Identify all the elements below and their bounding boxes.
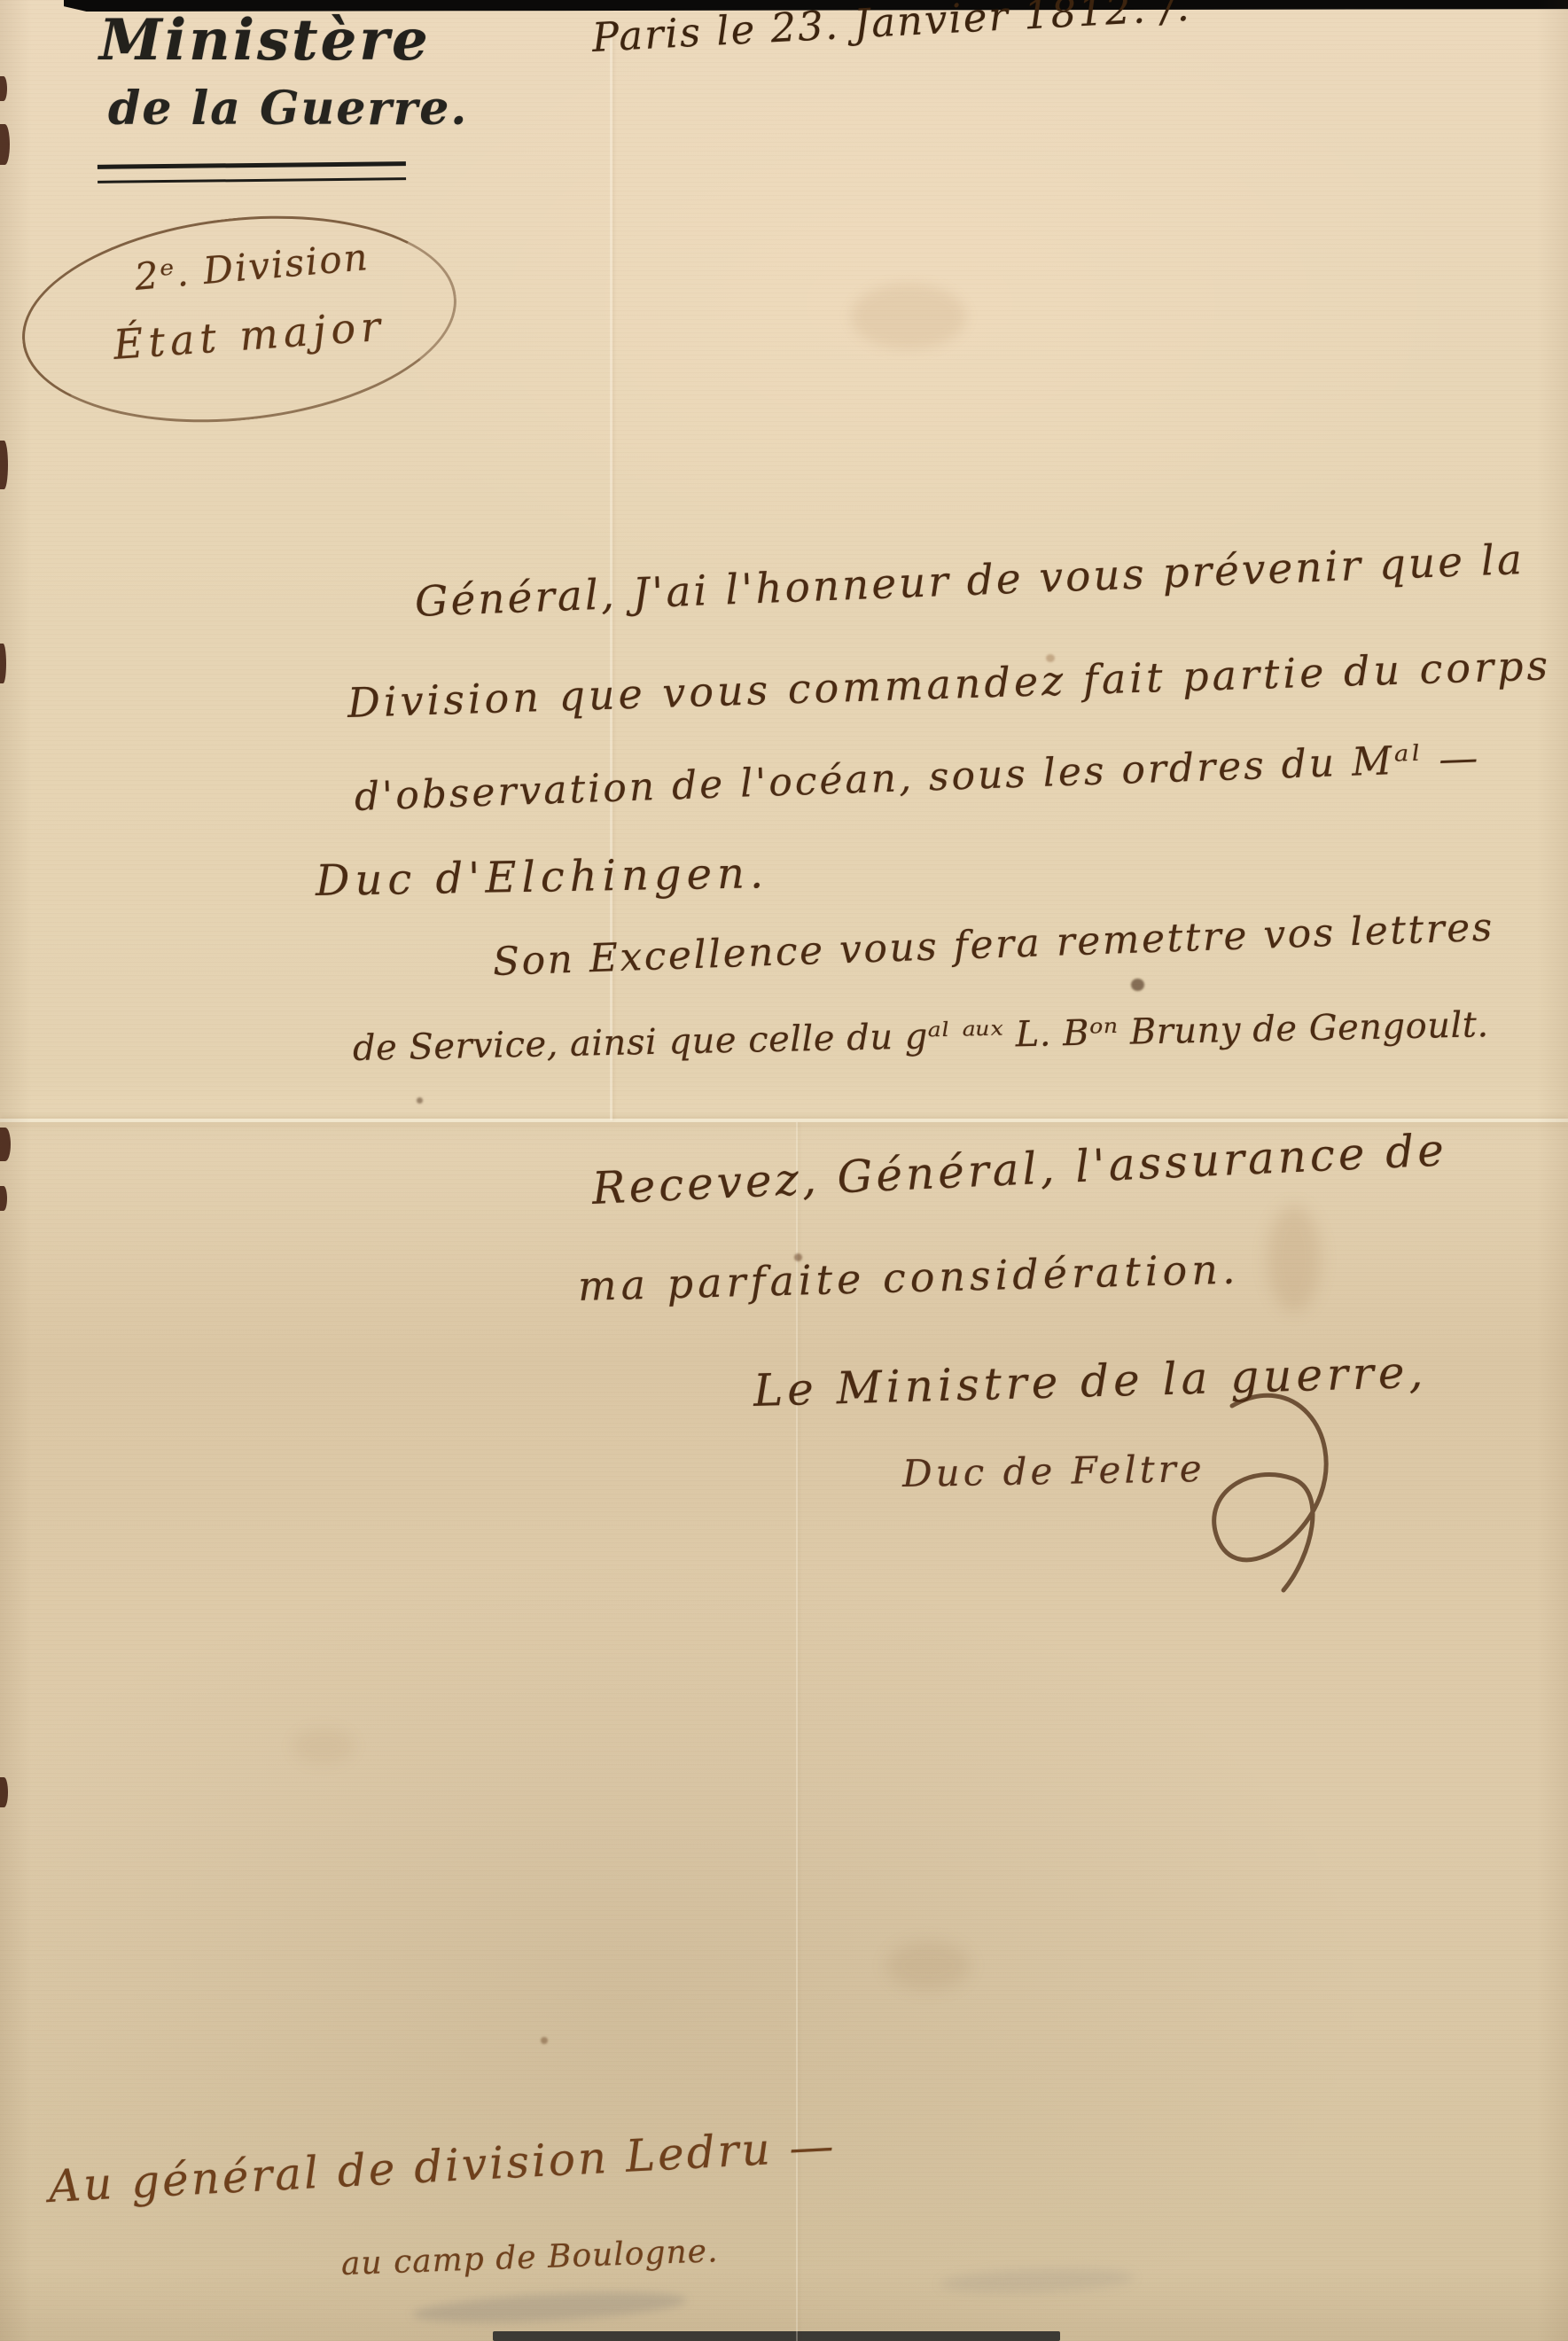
letterhead-ministere: Ministère (99, 7, 431, 74)
letterhead-double-rule (98, 161, 406, 183)
foxing-stain (886, 1941, 971, 1990)
left-edge-mark (0, 1128, 11, 1161)
body-line-3: d'observation de l'océan, sous les ordre… (354, 736, 1481, 820)
left-edge-mark (0, 1186, 7, 1211)
body-line-6: de Service, ainsi que celle du gᵃˡ ᵃᵘˣ L… (353, 1004, 1490, 1069)
pencil-smudge (940, 2266, 1135, 2296)
body-line-2: Division que vous commandez fait partie … (347, 641, 1552, 727)
ink-spot (417, 1097, 423, 1104)
left-edge-mark (0, 441, 8, 489)
body-line-5: Son Excellence vous fera remettre vos le… (492, 905, 1494, 985)
letterhead-de-la-guerre: de la Guerre. (108, 82, 468, 136)
ink-spot (541, 2037, 548, 2044)
signature-duc-de-feltre: Duc de Feltre (902, 1447, 1205, 1495)
body-line-4: Duc d'Elchingen. (316, 848, 769, 906)
ink-stain (1268, 1206, 1321, 1312)
scan-edge-bottom (493, 2331, 1060, 2341)
ink-spot (1131, 979, 1144, 991)
body-line-8: ma parfaite considération. (577, 1245, 1240, 1310)
left-edge-mark (0, 76, 7, 101)
horizontal-fold-crease (0, 1119, 1568, 1122)
left-edge-mark (0, 124, 10, 165)
body-line-7: Recevez, Général, l'assurance de (591, 1124, 1448, 1214)
address-line-recipient: Au général de division Ledru — (47, 2119, 837, 2212)
date-line: Paris le 23. Janvier 1812. /. (591, 0, 1192, 61)
letter-scan: Ministère de la Guerre. Paris le 23. Jan… (0, 0, 1568, 2341)
left-edge-mark (0, 1777, 8, 1807)
body-line-1: Général, J'ai l'honneur de vous prévenir… (414, 535, 1525, 627)
address-line-location: au camp de Boulogne. (340, 2233, 719, 2282)
ink-stain (851, 284, 966, 349)
left-edge-mark (0, 644, 6, 683)
pencil-smudge (411, 2287, 687, 2328)
foxing-stain (293, 1728, 355, 1764)
signature-flourish (1179, 1379, 1374, 1601)
